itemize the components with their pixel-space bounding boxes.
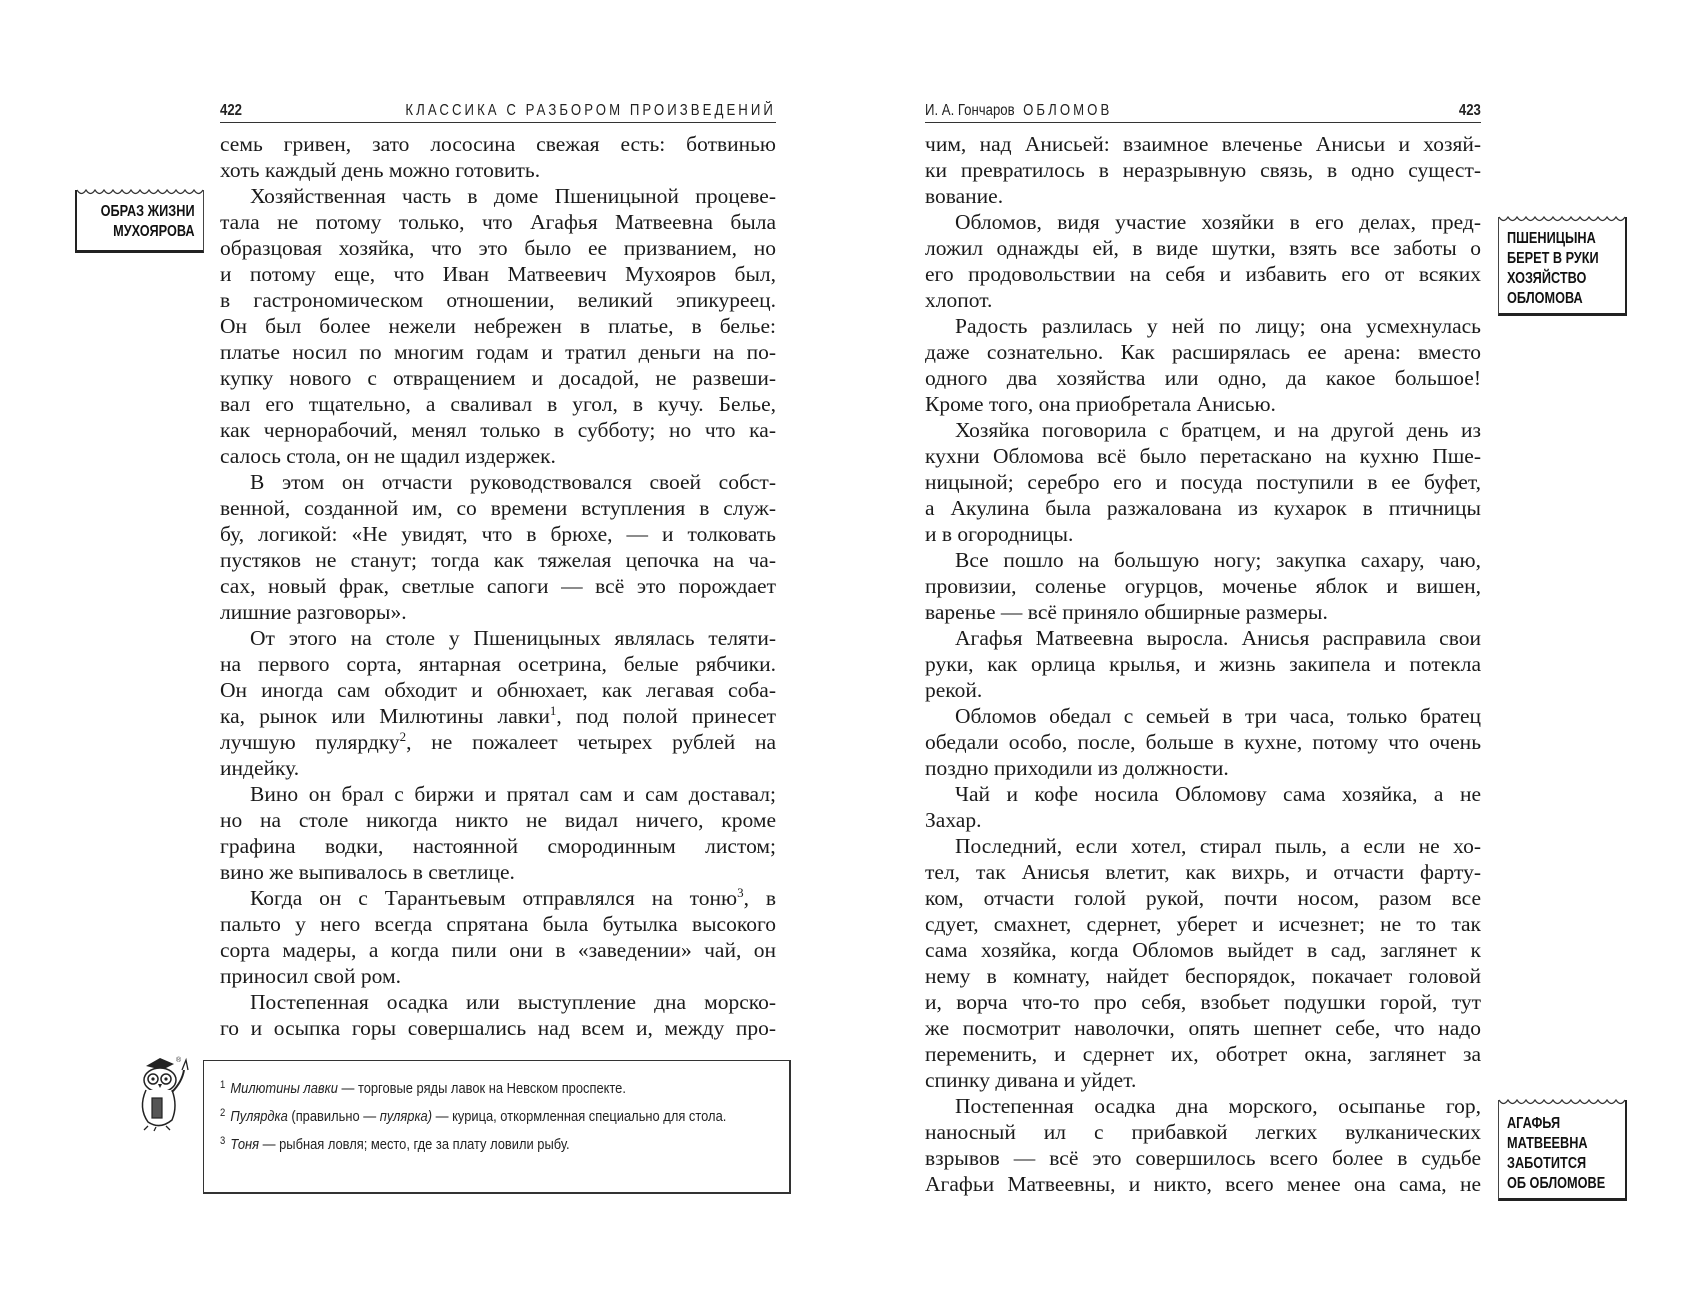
text-line: вал его тщательно, а сваливал в угол, в … <box>220 391 776 417</box>
text-line: В этом он отчасти руководствовался своей… <box>220 469 776 495</box>
margin-note-text: АГАФЬЯ МАТВЕЕВНА ЗАБОТИТСЯ ОБ ОБЛОМОВЕ <box>1507 1114 1605 1194</box>
text-line: графина водки, настоянной смородинным ли… <box>220 833 776 859</box>
text-line: Когда он с Тарантьевым отправлялся на то… <box>220 885 776 911</box>
text-line: лучшую пулярдку2, не пожалеет четырех ру… <box>220 729 776 755</box>
text-line: Он иногда сам обходит и обнюхает, как ле… <box>220 677 776 703</box>
text-line: наносный ил с прибавкой легких вулканиче… <box>925 1119 1481 1145</box>
text-line: и в огородницы. <box>925 521 1481 547</box>
wavy-edge-icon <box>1499 1098 1625 1108</box>
text-line: сорта мадеры, а когда пили они в «заведе… <box>220 937 776 963</box>
text-line: От этого на столе у Пшеницыных являлась … <box>220 625 776 651</box>
text-line: на первого сорта, янтарная осетрина, бел… <box>220 651 776 677</box>
text-line: сдует, смахнет, сдернет, уберет и исчезн… <box>925 911 1481 937</box>
right-running-head: И. А. ГончаровОБЛОМОВ 423 <box>925 96 1481 123</box>
text-line: Кроме того, она приобретала Анисью. <box>925 391 1481 417</box>
text-line: переменить, и сдернет их, оботрет окна, … <box>925 1041 1481 1067</box>
svg-text:®: ® <box>176 1056 182 1064</box>
text-line: Постепенная осадка или выступление дна м… <box>220 989 776 1015</box>
text-line: Захар. <box>925 807 1481 833</box>
text-line: Хозяйка поговорила с братцем, и на друго… <box>925 417 1481 443</box>
footnote-ref[interactable]: 3 <box>737 885 744 900</box>
text-line: Постепенная осадка дна морского, осыпань… <box>925 1093 1481 1119</box>
text-line: в гастрономическом отношении, великий эп… <box>220 287 776 313</box>
text-line: и, ворча что-то про себя, взобьет подушк… <box>925 989 1481 1015</box>
footnote-ref[interactable]: 2 <box>400 729 407 744</box>
text-line: одного два хозяйства или одно, да какое … <box>925 365 1481 391</box>
text-line: бу, логикой: «Не увидят, что в брюхе, — … <box>220 521 776 547</box>
text-line: Хозяйственная часть в доме Пшеницыной пр… <box>220 183 776 209</box>
margin-note-pshenitsyna: ПШЕНИЦЫНА БЕРЕТ В РУКИ ХОЗЯЙСТВО ОБЛОМОВ… <box>1498 217 1627 316</box>
footnote-3: 3Тоня — рыбная ловля; место, где за плат… <box>220 1135 772 1154</box>
text-line: салось стола, он не щадил издержек. <box>220 443 776 469</box>
text-line: Агафья Матвеевна выросла. Анисья расправ… <box>925 625 1481 651</box>
text-line: ка, рынок или Милютины лавки1, под полой… <box>220 703 776 729</box>
text-line: спинку дивана и уйдет. <box>925 1067 1481 1093</box>
text-line: чим, над Анисьей: взаимное влеченье Анис… <box>925 131 1481 157</box>
text-line: как чернорабочий, менял только в субботу… <box>220 417 776 443</box>
text-line: ложил однажды ей, в виде шутки, взять вс… <box>925 235 1481 261</box>
text-line: го и осыпка горы совершались над всем и,… <box>220 1015 776 1041</box>
text-line: платье носил по многим годам и тратил де… <box>220 339 776 365</box>
book-title: ОБЛОМОВ <box>1023 102 1112 119</box>
text-line: варенье — всё приняло обширные размеры. <box>925 599 1481 625</box>
text-line: ком, отчасти голой рукой, почти носом, р… <box>925 885 1481 911</box>
page-number: 423 <box>1459 102 1481 120</box>
text-line: семь гривен, зато лососина свежая есть: … <box>220 131 776 157</box>
text-line: провизии, соленье огурцов, моченье яблок… <box>925 573 1481 599</box>
text-line: но на столе никогда никто не видал ничег… <box>220 807 776 833</box>
text-line: даже сознательно. Как расширялась ее аре… <box>925 339 1481 365</box>
text-line: ки превратилось в неразрывную связь, в о… <box>925 157 1481 183</box>
author-and-title: И. А. ГончаровОБЛОМОВ <box>925 102 1112 120</box>
text-line: тала не потому только, что Агафья Матвее… <box>220 209 776 235</box>
footnote-ref[interactable]: 1 <box>550 703 557 718</box>
text-line: а Акулина была разжалована из кухарок в … <box>925 495 1481 521</box>
text-line: обедали особо, после, больше в кухне, по… <box>925 729 1481 755</box>
author-name: И. А. Гончаров <box>925 102 1015 119</box>
left-page: 422 КЛАССИКА С РАЗБОРОМ ПРОИЗВЕДЕНИЙ ОБР… <box>0 0 844 1311</box>
footnotes-box: 1Милютины лавки — торговые ряды лавок на… <box>203 1060 791 1194</box>
wavy-edge-icon <box>77 188 203 198</box>
text-line: вино же выпивалось в светлице. <box>220 859 776 885</box>
text-line: поздно приходили из должности. <box>925 755 1481 781</box>
running-title: КЛАССИКА С РАЗБОРОМ ПРОИЗВЕДЕНИЙ <box>405 102 776 120</box>
wavy-edge-icon <box>1499 215 1625 225</box>
text-line: Чай и кофе носила Обломову сама хозяйка,… <box>925 781 1481 807</box>
right-body-text: чим, над Анисьей: взаимное влеченье Анис… <box>925 131 1481 1197</box>
text-line: рекой. <box>925 677 1481 703</box>
right-page: И. А. ГончаровОБЛОМОВ 423 чим, над Анись… <box>844 0 1688 1311</box>
text-line: кухни Обломова всё было перетаскано на к… <box>925 443 1481 469</box>
footnote-1: 1Милютины лавки — торговые ряды лавок на… <box>220 1079 772 1098</box>
text-line: лишние разговоры». <box>220 599 776 625</box>
text-line: приносил свой ром. <box>220 963 776 989</box>
text-line: руки, как орлица крылья, и жизнь закипел… <box>925 651 1481 677</box>
text-line: сах, новый фрак, светлые сапоги — всё эт… <box>220 573 776 599</box>
text-line: его продовольствии на себя и избавить ег… <box>925 261 1481 287</box>
text-line: нему в комнату, найдет беспорядок, покач… <box>925 963 1481 989</box>
text-line: тел, так Анисья влетит, как вихрь, и отч… <box>925 859 1481 885</box>
text-line: купку нового с отвращением и досадой, не… <box>220 365 776 391</box>
text-line: пустяков не станут; тогда как тяжелая це… <box>220 547 776 573</box>
text-line: хлопот. <box>925 287 1481 313</box>
text-line: Последний, если хотел, стирал пыль, а ес… <box>925 833 1481 859</box>
text-line: Все пошло на большую ногу; закупка сахар… <box>925 547 1481 573</box>
text-line: Вино он брал с биржи и прятал сам и сам … <box>220 781 776 807</box>
margin-note-agafya: АГАФЬЯ МАТВЕЕВНА ЗАБОТИТСЯ ОБ ОБЛОМОВЕ <box>1498 1100 1627 1201</box>
margin-note-text: ПШЕНИЦЫНА БЕРЕТ В РУКИ ХОЗЯЙСТВО ОБЛОМОВ… <box>1507 229 1599 309</box>
text-line: хоть каждый день можно готовить. <box>220 157 776 183</box>
text-line: индейку. <box>220 755 776 781</box>
text-line: же посмотрит наволочки, опять шепнет себ… <box>925 1015 1481 1041</box>
text-line: Обломов обедал с семьей в три часа, толь… <box>925 703 1481 729</box>
text-line: пальто у него всегда спрятана была бутыл… <box>220 911 776 937</box>
text-line: Радость разлилась у ней по лицу; она усм… <box>925 313 1481 339</box>
text-line: взрывов — всё это совершилось всего боле… <box>925 1145 1481 1171</box>
margin-note-text: ОБРАЗ ЖИЗНИ МУХОЯРОВА <box>101 202 195 242</box>
owl-professor-icon: ® <box>126 1048 202 1132</box>
text-line: сама хозяйка, когда Обломов выйдет в сад… <box>925 937 1481 963</box>
page-number: 422 <box>220 102 242 120</box>
left-body-text: семь гривен, зато лососина свежая есть: … <box>220 131 776 1041</box>
text-line: Он был более нежели небрежен в платье, в… <box>220 313 776 339</box>
footnote-2: 2Пулярдка (правильно — пулярка) — курица… <box>220 1107 772 1126</box>
text-line: венной, созданной им, со времени вступле… <box>220 495 776 521</box>
text-line: и потому еще, что Иван Матвеевич Мухояро… <box>220 261 776 287</box>
text-line: вование. <box>925 183 1481 209</box>
text-line: образцовая хозяйка, что это было ее приз… <box>220 235 776 261</box>
left-running-head: 422 КЛАССИКА С РАЗБОРОМ ПРОИЗВЕДЕНИЙ <box>220 96 776 123</box>
text-line: ницыной; серебро его и посуда поступили … <box>925 469 1481 495</box>
margin-note-lifestyle: ОБРАЗ ЖИЗНИ МУХОЯРОВА <box>75 190 204 253</box>
text-line: Агафьи Матвеевны, и никто, всего менее о… <box>925 1171 1481 1197</box>
text-line: Обломов, видя участие хозяйки в его дела… <box>925 209 1481 235</box>
